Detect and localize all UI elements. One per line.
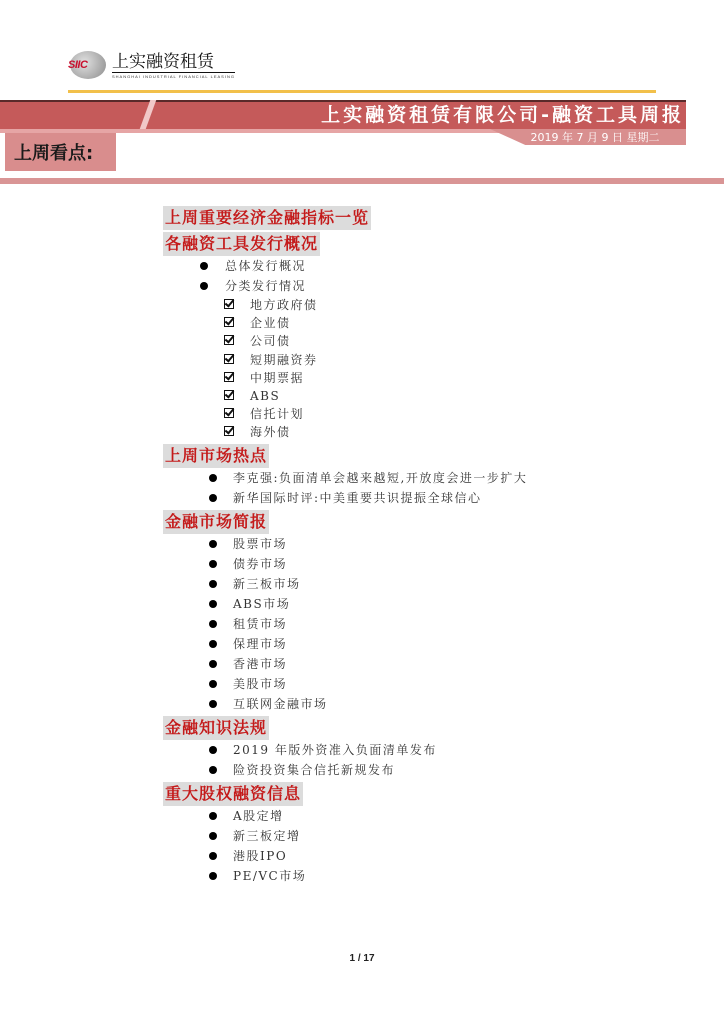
company-logo: SIIC 上实融资租赁 SHANGHAI INDUSTRIAL FINANCIA…: [70, 48, 235, 82]
bullet-icon: [209, 494, 217, 502]
section-regulations: 金融知识法规 2019 年版外资准入负面清单发布 险资投资集合信托新规发布: [163, 716, 683, 780]
sub-item[interactable]: ABS: [163, 387, 683, 405]
bullet-icon: [209, 812, 217, 820]
section-market-brief: 金融市场简报 股票市场 债券市场 新三板市场 ABS市场 租赁市场 保理市场 香…: [163, 510, 683, 714]
checkbox-icon: [224, 335, 234, 345]
section-title[interactable]: 金融知识法规: [163, 716, 269, 740]
logo-chinese-name: 上实融资租赁: [112, 52, 235, 73]
checkbox-icon: [224, 354, 234, 364]
sub-item[interactable]: 短期融资券: [163, 351, 683, 369]
report-title: 上实融资租赁有限公司-融资工具周报: [321, 100, 684, 129]
checkbox-icon: [224, 317, 234, 327]
list-item[interactable]: 新三板定增: [163, 826, 683, 846]
list-item[interactable]: 互联网金融市场: [163, 694, 683, 714]
list-item[interactable]: 股票市场: [163, 534, 683, 554]
list-item[interactable]: 香港市场: [163, 654, 683, 674]
sub-item[interactable]: 中期票据: [163, 369, 683, 387]
section-title[interactable]: 金融市场简报: [163, 510, 269, 534]
bullet-icon: [209, 580, 217, 588]
list-item[interactable]: 分类发行情况: [163, 276, 683, 296]
section-title[interactable]: 各融资工具发行概况: [163, 232, 320, 256]
siic-logo-icon: SIIC: [70, 51, 106, 79]
list-item[interactable]: 总体发行概况: [163, 256, 683, 276]
bullet-icon: [209, 700, 217, 708]
section-equity-financing: 重大股权融资信息 A股定增 新三板定增 港股IPO PE/VC市场: [163, 782, 683, 886]
bullet-icon: [209, 600, 217, 608]
list-item[interactable]: 李克强:负面清单会越来越短,开放度会进一步扩大: [163, 468, 683, 488]
gold-divider: [68, 90, 656, 93]
bullet-icon: [209, 474, 217, 482]
header-bottom-divider: [0, 178, 724, 184]
bullet-icon: [209, 746, 217, 754]
checkbox-icon: [224, 408, 234, 418]
logo-english-name: SHANGHAI INDUSTRIAL FINANCIAL LEASING: [112, 74, 235, 79]
bullet-icon: [209, 680, 217, 688]
list-item[interactable]: PE/VC市场: [163, 866, 683, 886]
bullet-icon: [200, 262, 208, 270]
sub-item[interactable]: 公司债: [163, 332, 683, 350]
bullet-icon: [209, 832, 217, 840]
checkbox-icon: [224, 426, 234, 436]
sub-item[interactable]: 信托计划: [163, 405, 683, 423]
bullet-icon: [209, 660, 217, 668]
section-label: 上周看点:: [5, 133, 116, 171]
checkbox-icon: [224, 390, 234, 400]
list-item[interactable]: ABS市场: [163, 594, 683, 614]
list-item[interactable]: 2019 年版外资准入负面清单发布: [163, 740, 683, 760]
section-title[interactable]: 上周市场热点: [163, 444, 269, 468]
bullet-icon: [209, 852, 217, 860]
sub-item[interactable]: 企业债: [163, 314, 683, 332]
checkbox-icon: [224, 372, 234, 382]
sub-item[interactable]: 地方政府债: [163, 296, 683, 314]
section-economic-indicators: 上周重要经济金融指标一览: [163, 206, 683, 230]
bullet-icon: [209, 872, 217, 880]
bullet-icon: [209, 620, 217, 628]
list-item[interactable]: 保理市场: [163, 634, 683, 654]
report-date: 2019 年 7 月 9 日 星期二: [505, 129, 685, 145]
list-item[interactable]: 美股市场: [163, 674, 683, 694]
checkbox-icon: [224, 299, 234, 309]
logo-mark: SIIC: [68, 59, 87, 71]
section-title[interactable]: 上周重要经济金融指标一览: [163, 206, 371, 230]
section-title[interactable]: 重大股权融资信息: [163, 782, 303, 806]
list-item[interactable]: 港股IPO: [163, 846, 683, 866]
list-item[interactable]: 险资投资集合信托新规发布: [163, 760, 683, 780]
list-item[interactable]: 租赁市场: [163, 614, 683, 634]
list-item[interactable]: 新华国际时评:中美重要共识提振全球信心: [163, 488, 683, 508]
table-of-contents: 上周重要经济金融指标一览 各融资工具发行概况 总体发行概况 分类发行情况 地方政…: [163, 206, 683, 888]
section-market-hotspots: 上周市场热点 李克强:负面清单会越来越短,开放度会进一步扩大 新华国际时评:中美…: [163, 444, 683, 508]
bullet-icon: [209, 540, 217, 548]
list-item[interactable]: A股定增: [163, 806, 683, 826]
sub-item[interactable]: 海外债: [163, 423, 683, 441]
list-item[interactable]: 新三板市场: [163, 574, 683, 594]
bullet-icon: [200, 282, 208, 290]
bullet-icon: [209, 766, 217, 774]
section-issuance-overview: 各融资工具发行概况 总体发行概况 分类发行情况 地方政府债 企业债 公司债 短期…: [163, 232, 683, 442]
bullet-icon: [209, 640, 217, 648]
list-item[interactable]: 债券市场: [163, 554, 683, 574]
bullet-icon: [209, 560, 217, 568]
page-number: 1 / 17: [0, 953, 724, 964]
